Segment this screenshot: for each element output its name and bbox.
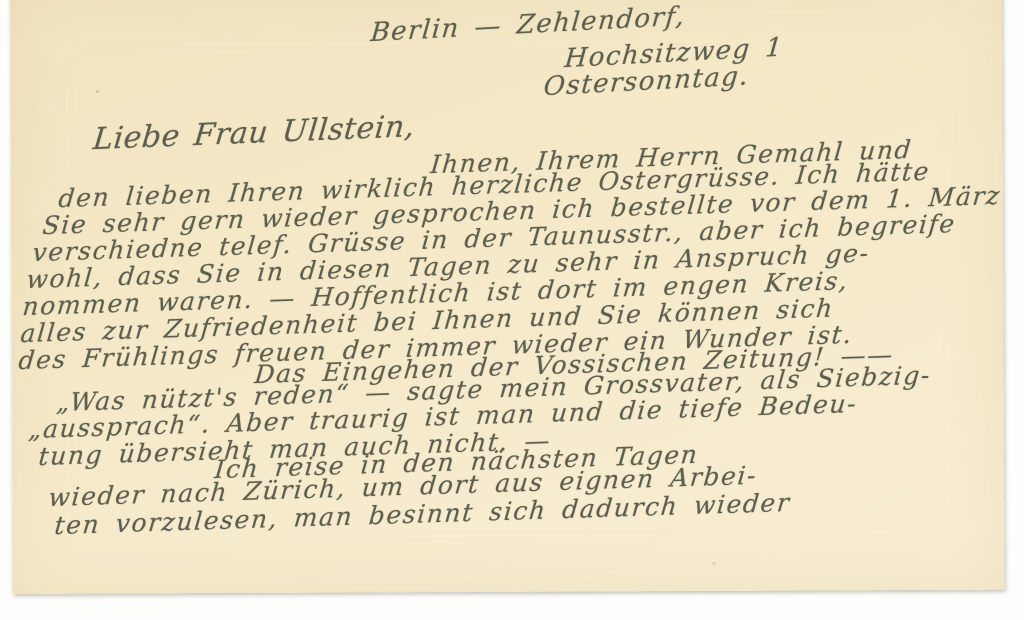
- scanned-postcard-page: Berlin — Zehlendorf, Hochsitzweg 1 Oster…: [0, 0, 1024, 620]
- paper-speck: [96, 90, 99, 93]
- paper-speck: [712, 562, 716, 565]
